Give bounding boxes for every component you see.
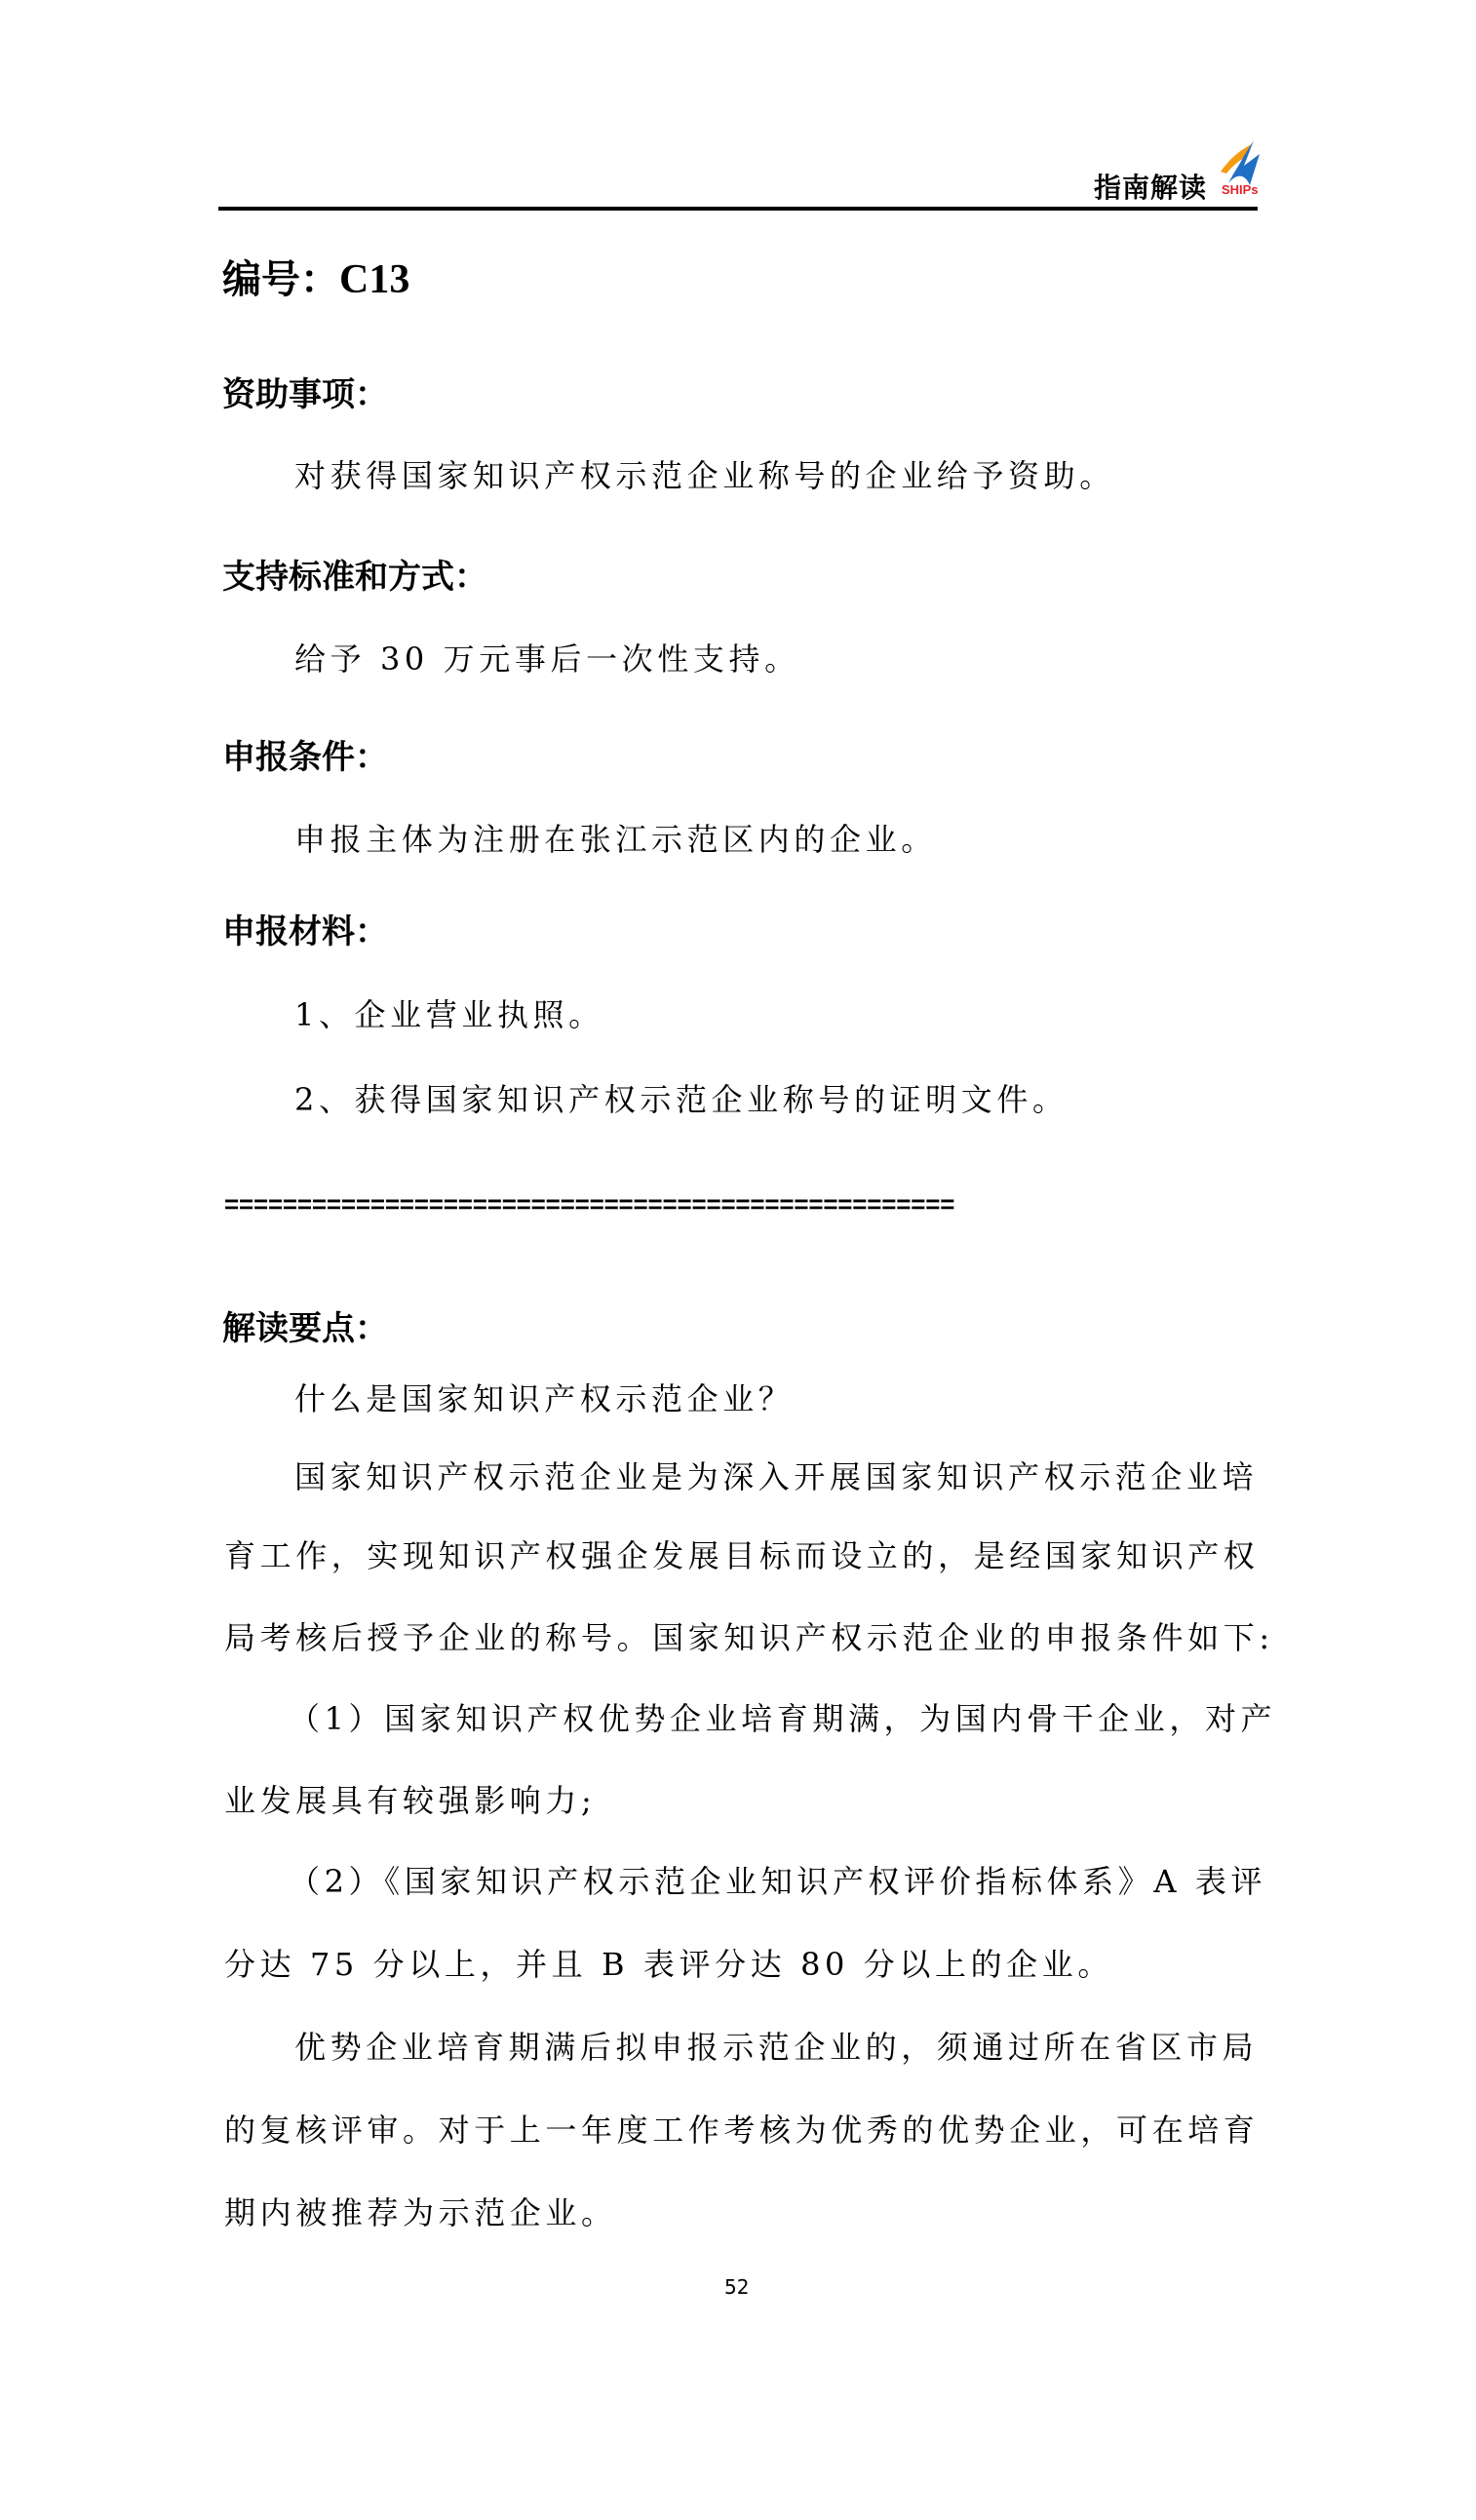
- interpretation-line: 什么是国家知识产权示范企业？: [294, 1375, 794, 1419]
- support-standard-text: 给予 30 万元事后一次性支持。: [294, 635, 800, 679]
- materials-item-2: 2、获得国家知识产权示范企业称号的证明文件。: [294, 1075, 1068, 1120]
- support-standard-heading: 支持标准和方式：: [222, 550, 487, 598]
- interpretation-line: 的复核评审。对于上一年度工作考核为优秀的优势企业，可在培育: [224, 2106, 1259, 2151]
- page-title: 编号：C13: [222, 249, 409, 304]
- interpretation-line: 分达 75 分以上，并且 B 表评分达 80 分以上的企业。: [224, 1940, 1113, 1985]
- interpretation-line: （2）《国家知识产权示范企业知识产权评价指标体系》A 表评: [289, 1857, 1266, 1902]
- conditions-heading: 申报条件：: [222, 730, 388, 778]
- interpretation-line: 育工作，实现知识产权强企发展目标而设立的，是经国家知识产权: [224, 1531, 1259, 1576]
- interpretation-line: 期内被推荐为示范企业。: [224, 2189, 617, 2233]
- ships-logo-text: SHIPs: [1222, 182, 1259, 197]
- interpretation-line: 局考核后授予企业的称号。国家知识产权示范企业的申报条件如下:: [224, 1613, 1274, 1658]
- materials-heading: 申报材料：: [222, 905, 388, 952]
- interpretation-line: 优势企业培育期满后拟申报示范企业的，须通过所在省区市局: [294, 2023, 1258, 2068]
- page-number: 52: [724, 2275, 749, 2299]
- materials-item-1: 1、企业营业执照。: [294, 990, 604, 1035]
- title-code: C13: [339, 257, 409, 302]
- section-separator: ========================================…: [224, 1189, 1243, 1220]
- interpretation-line: 国家知识产权示范企业是为深入开展国家知识产权示范企业培: [294, 1453, 1258, 1497]
- interpretation-line: （1）国家知识产权优势企业培育期满，为国内骨干企业，对产: [289, 1694, 1276, 1739]
- funding-item-text: 对获得国家知识产权示范企业称号的企业给予资助。: [294, 451, 1115, 496]
- interpretation-heading: 解读要点：: [222, 1301, 388, 1349]
- conditions-text: 申报主体为注册在张江示范区内的企业。: [294, 815, 937, 860]
- header-rule: [218, 207, 1258, 211]
- header-section-label: 指南解读: [1094, 167, 1207, 206]
- title-label: 编号：: [222, 257, 339, 302]
- interpretation-line: 业发展具有较强影响力;: [224, 1776, 596, 1821]
- funding-item-heading: 资助事项：: [222, 368, 388, 415]
